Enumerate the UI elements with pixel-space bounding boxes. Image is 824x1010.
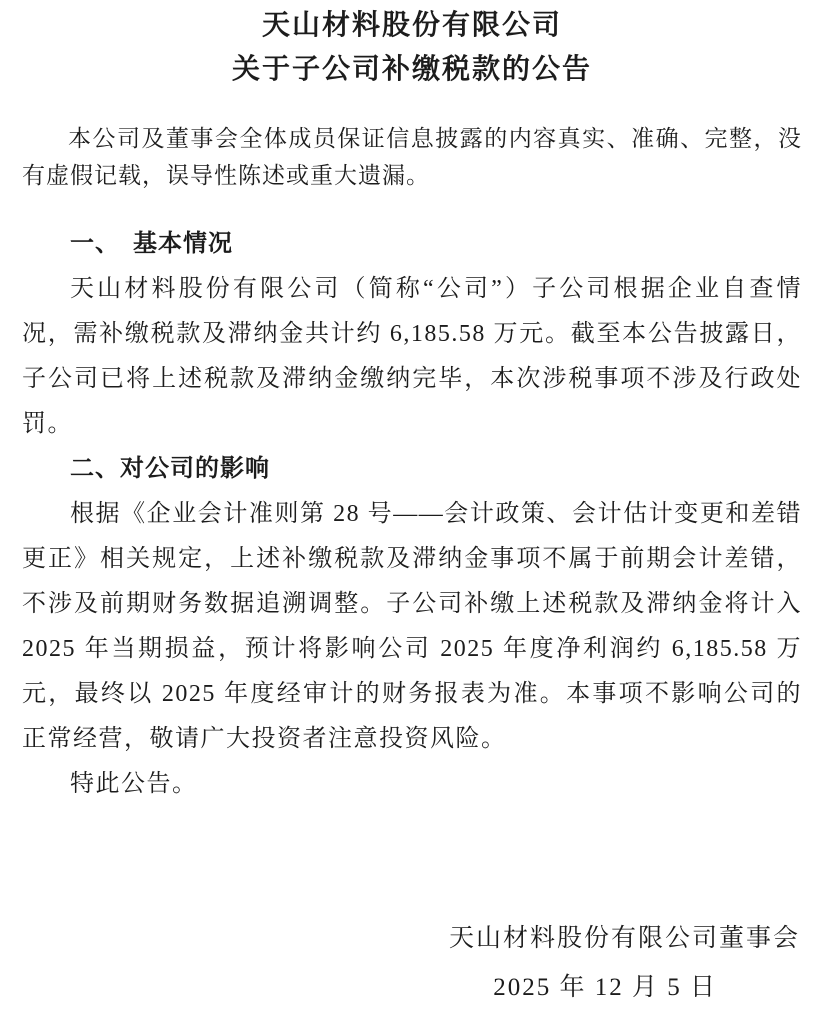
- disclosure-statement: 本公司及董事会全体成员保证信息披露的内容真实、准确、完整，没有虚假记载，误导性陈…: [22, 120, 802, 194]
- section-basic-situation-paragraph: 天山材料股份有限公司（简称“公司”）子公司根据企业自查情况，需补缴税款及滞纳金共…: [22, 267, 802, 447]
- closing-statement: 特此公告。: [22, 762, 802, 807]
- section-heading-company-impact: 二、对公司的影响: [22, 447, 802, 492]
- section-heading-basic-situation: 一、 基本情况: [22, 222, 802, 267]
- signature-company: 天山材料股份有限公司董事会: [22, 917, 800, 961]
- section-company-impact-paragraph: 根据《企业会计准则第 28 号——会计政策、会计估计变更和差错更正》相关规定，上…: [22, 492, 802, 762]
- signature-date: 2025 年 12 月 5 日: [22, 966, 717, 1010]
- signature-block: 天山材料股份有限公司董事会 2025 年 12 月 5 日: [22, 917, 802, 1010]
- document-title-line1: 天山材料股份有限公司: [22, 8, 802, 44]
- document-title-line2: 关于子公司补缴税款的公告: [22, 52, 802, 88]
- announcement-document: 天山材料股份有限公司 关于子公司补缴税款的公告 本公司及董事会全体成员保证信息披…: [0, 0, 824, 1010]
